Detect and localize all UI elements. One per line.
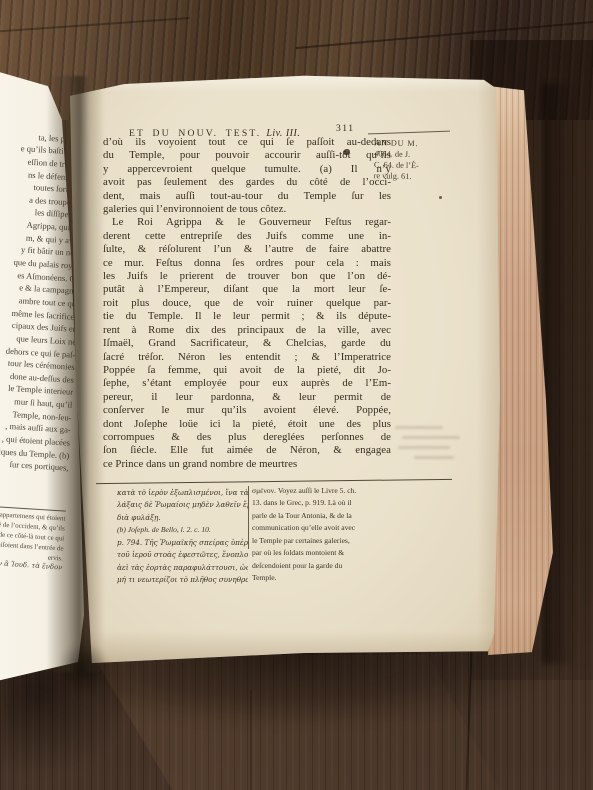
footnote-line: le Temple par certaines galeries,	[252, 535, 392, 547]
show-through-mark	[414, 456, 454, 459]
text-line: putât à l’Empereur, diſant que la mort l…	[103, 283, 391, 296]
photo-of-open-antique-book: NTII,ta, les pierres ;e qu’ils baſtiſſoi…	[0, 0, 593, 790]
page-header: ET DU NOUV. TEST.Liv. III. 311	[103, 123, 393, 136]
footnote-line: p. 794. Τῆς Ῥωμαϊκῆς σπείρας ὑπὲρ	[117, 537, 248, 549]
book-gutter-shadow	[46, 76, 104, 672]
text-line: ce mur. Feſtus donna ſes ordres pour cel…	[103, 257, 391, 270]
right-page: ET DU NOUV. TEST.Liv. III. 311 AN DU M.4…	[62, 74, 508, 666]
text-line: y appercevroient quelque tumulte. (a) Il…	[103, 163, 391, 176]
ink-speck	[439, 196, 442, 199]
text-line: Iſmaël, Grand Sacrificateur, & Chelcias,…	[103, 337, 391, 350]
footnote-line: κατὰ τὸ ἱερὸν ἐξωπλισμένοι, ἵνα τὰς φυ-	[117, 487, 248, 499]
text-line: ce Prince dans un grand nombre de meurtr…	[103, 458, 391, 471]
footnote-line: deſcendoient pour la garde du	[252, 560, 392, 572]
footnote-line: Temple.	[252, 572, 392, 584]
text-line: derent cette entrepriſe des Juifs comme …	[103, 230, 391, 243]
footnote-line: τοῦ ἱεροῦ στοὰς ἐφεστῶτες, ἔνοπλοι γὰρ	[117, 549, 248, 561]
text-line: ſephe, s’étant employée pour eux auprès …	[103, 377, 391, 390]
text-line: rent à Rome dix des principaux de la vil…	[103, 324, 391, 337]
footnote-column-left: κατὰ τὸ ἱερὸν ἐξωπλισμένοι, ἵνα τὰς φυ-λ…	[117, 487, 248, 587]
text-line: conſerver le mur qu’ils avoient élevé. P…	[103, 404, 391, 417]
text-line: corrompues & des plus dereglées perſonne…	[103, 431, 391, 444]
footnote-rule	[96, 479, 452, 484]
text-line: roit plus douce, que de voir ruiner quel…	[103, 297, 391, 310]
text-line: ſacré tréſor. Néron les entendit ; & l’I…	[103, 351, 391, 364]
footnote-column-right: σμένον. Voyez auſſi le Livre 5. ch.13. d…	[252, 485, 392, 585]
footnote-line: μή τι νεωτερίζοι τὸ πλῆθος συνηθροι-	[117, 574, 248, 586]
text-line: galeries qui l’environnoient de tous côt…	[103, 203, 391, 216]
footnote-line: 13. dans le Grec, p. 919. Là où il	[252, 497, 392, 509]
footnote-column-divider	[248, 486, 249, 549]
text-line: ſulte, & réſolurent l’un & l’autre de fa…	[103, 243, 391, 256]
footnote-line: parle de la Tour Antonia, & de la	[252, 510, 392, 522]
footnote-line: σμένον. Voyez auſſi le Livre 5. ch.	[252, 485, 392, 497]
show-through-mark	[402, 436, 460, 439]
page-number: 311	[336, 123, 355, 134]
footnote-line: ἀεὶ τὰς ἑορτὰς παραφυλάττουσι, ὡς	[117, 562, 248, 574]
text-line: Poppée ſa femme, qui avoit de la pieté, …	[103, 364, 391, 377]
text-line: dent, mais auſſi tout-au-tour du Temple …	[103, 190, 391, 203]
show-through-mark	[395, 426, 443, 429]
book-gutter-foot-shadow	[58, 642, 110, 694]
footnote-line: διὰ φυλάξῃ.	[117, 512, 248, 524]
footnote-line: (b) Joſeph. de Bello, l. 2. c. 10.	[117, 524, 248, 536]
body-text: d’où ils voyoient tout ce qui ſe paſſoit…	[103, 136, 391, 471]
text-line: pereur, il leur pardonna, & leur permit …	[103, 391, 391, 404]
footnote-line: λάξαις δὲ Ῥωμαίοις μηδὲν λαθεῖν ἔμ-	[117, 499, 248, 511]
text-line: tie du Temple. Il le leur permit ; & ils…	[103, 310, 391, 323]
text-line: dont Joſephe loüe ici la pieté, étoit un…	[103, 418, 391, 431]
text-line: Le Roi Agrippa & le Gouverneur Feſtus re…	[103, 216, 391, 229]
show-through-mark	[398, 446, 450, 449]
text-line: d’où ils voyoient tout ce qui ſe paſſoit…	[103, 136, 391, 149]
footnote-line: par où les ſoldats montoient &	[252, 547, 392, 559]
footnote-line: communication qu’elle avoit avec	[252, 522, 392, 534]
text-line: les Juifs le prierent de trouver bon que…	[103, 270, 391, 283]
ink-blot	[343, 149, 350, 155]
text-line: avoit pas ſeulement des gardes du côté d…	[103, 176, 391, 189]
text-line: ſon ſiécle. Elle fut aimée de Néron, & e…	[103, 444, 391, 457]
